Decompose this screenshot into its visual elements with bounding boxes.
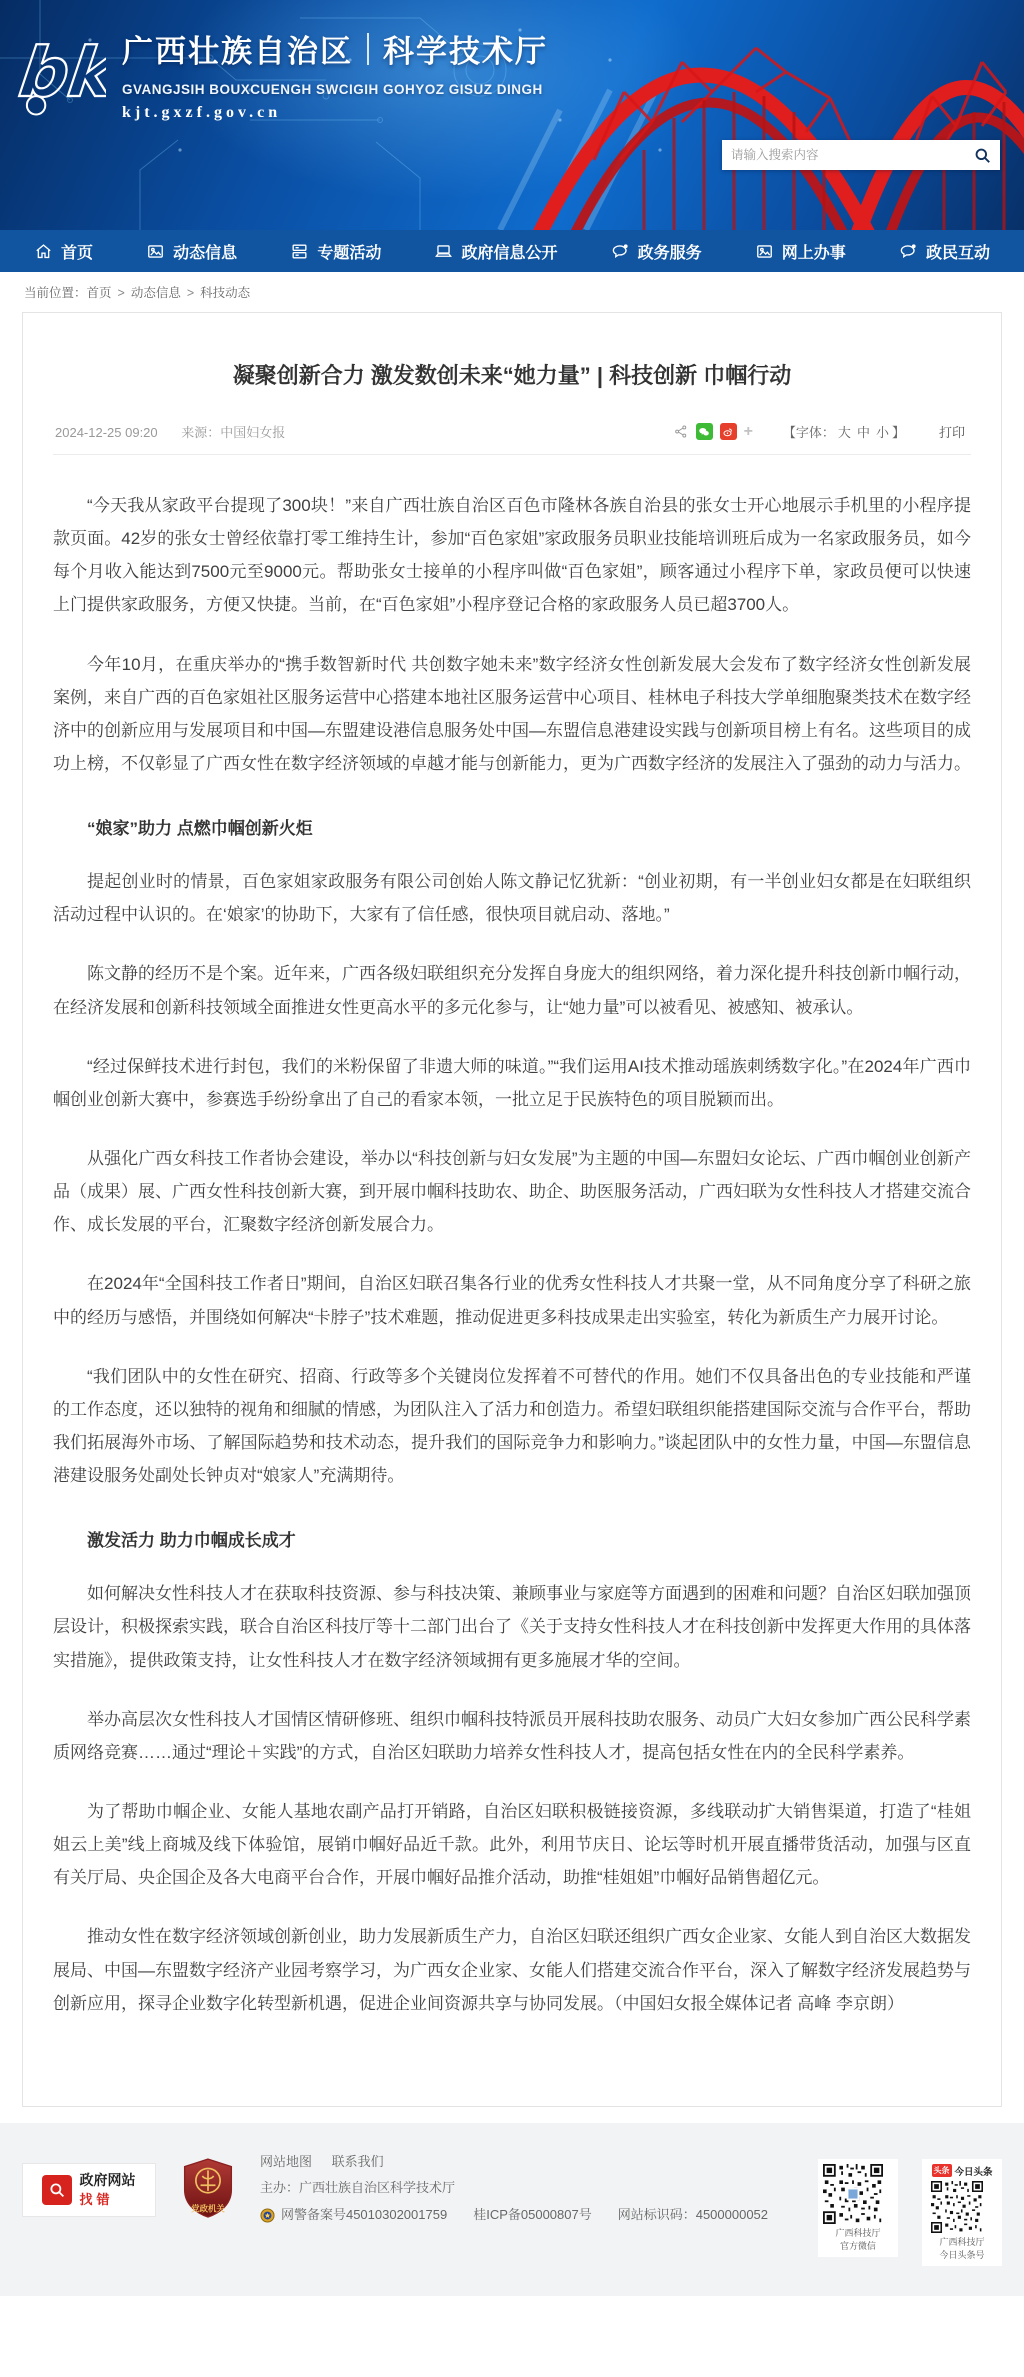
paragraph: “今天我从家政平台提现了300块！”来自广西壮族自治区百色市隆林各族自治县的张女… [53, 489, 971, 622]
breadcrumb-label: 当前位置： [24, 286, 87, 300]
font-size-small[interactable]: 小 [876, 425, 889, 440]
dept-name: 科学技术厅 [383, 26, 548, 71]
police-record[interactable]: 网警备案号45010302001759 [281, 2202, 447, 2229]
host-line: 主办：广西壮族自治区科学技术厅 [260, 2175, 794, 2202]
breadcrumb-separator: > [187, 286, 194, 300]
site-titles: 广西壮族自治区 科学技术厅 GVANGJSIH BOUXCUENGH SWCIG… [122, 26, 548, 122]
contact-link[interactable]: 联系我们 [332, 2154, 384, 2169]
paragraph: “我们团队中的女性在研究、招商、行政等多个关键岗位发挥着不可替代的作用。她们不仅… [53, 1360, 971, 1493]
home-icon [34, 242, 53, 261]
find-error-line2: 找错 [79, 2189, 135, 2208]
nav-item-interaction[interactable]: 政民互动 [899, 240, 990, 263]
sitemap-link[interactable]: 网站地图 [260, 2154, 312, 2169]
nav-item-topics[interactable]: 专题活动 [290, 240, 381, 263]
paragraph: 推动女性在数字经济领域创新创业，助力发展新质生产力，自治区妇联还组织广西女企业家… [53, 1920, 971, 2019]
toutiao-logo: 头条 [932, 2164, 952, 2177]
nav-label: 政民互动 [926, 240, 990, 263]
site-logo-icon: bk [14, 26, 106, 122]
font-size-large[interactable]: 大 [838, 425, 851, 440]
search-input[interactable] [722, 140, 964, 170]
photo-icon [755, 242, 774, 261]
search-button[interactable] [964, 140, 1000, 170]
weibo-share-icon[interactable] [720, 423, 737, 440]
photo-icon [146, 242, 165, 261]
record-line: 网警备案号45010302001759 桂ICP备05000807号 网站标识码… [260, 2202, 794, 2229]
breadcrumb-home[interactable]: 首页 [87, 286, 112, 300]
nav-label: 首页 [61, 240, 93, 263]
org-name: 广西壮族自治区 [122, 26, 353, 71]
search-icon [973, 146, 992, 165]
paragraph: 举办高层次女性科技人才国情区情研修班、组织巾帼科技特派员开展科技助农服务、动员广… [53, 1703, 971, 1769]
icp-record[interactable]: 桂ICP备05000807号 [473, 2202, 592, 2229]
article-meta: 2024-12-25 09:20 来源：中国妇女报 + 【字体：大中小】 打印 [53, 422, 971, 455]
police-badge-icon [260, 2208, 275, 2223]
toutiao-header: 头条 今日头条 [927, 2164, 997, 2178]
print-button[interactable]: 打印 [939, 422, 965, 441]
site-header: bk 广西壮族自治区 科学技术厅 GVANGJSIH BOUXCUENGH SW… [0, 0, 1024, 230]
section-heading: 激发活力 助力巾帼成长成才 [53, 1526, 971, 1551]
font-size-medium[interactable]: 中 [857, 425, 870, 440]
nav-label: 动态信息 [173, 240, 237, 263]
article-tools: + 【字体：大中小】 打印 [674, 422, 969, 441]
chat-bubble-icon [899, 242, 918, 261]
breadcrumb-separator: > [118, 286, 125, 300]
nav-label: 政务服务 [638, 240, 702, 263]
breadcrumb: 当前位置：首页>动态信息>科技动态 [0, 272, 1024, 309]
site-brand: bk 广西壮族自治区 科学技术厅 GVANGJSIH BOUXCUENGH SW… [14, 26, 548, 122]
footer-text-block: 网站地图 联系我们 主办：广西壮族自治区科学技术厅 网警备案号450103020… [260, 2149, 794, 2229]
article-source: 来源：中国妇女报 [181, 425, 285, 440]
paragraph: 提起创业时的情景，百色家姐家政服务有限公司创始人陈文静记忆犹新：“创业初期，有一… [53, 865, 971, 931]
main-navbar: 首页 动态信息 专题活动 政府信息公开 政务服务 网上办事 政民互动 [0, 230, 1024, 272]
paragraph: “经过保鲜技术进行封包，我们的米粉保留了非遗大师的味道。”“我们运用AI技术推动… [53, 1050, 971, 1116]
toutiao-qr-caption: 广西科技厅 今日头条号 [927, 2236, 997, 2262]
publish-date: 2024-12-25 09:20 [55, 425, 158, 440]
gov-site-find-error-badge[interactable]: 政府网站 找错 [22, 2163, 156, 2217]
share-icon[interactable] [674, 424, 689, 439]
find-error-line1: 政府网站 [79, 2171, 135, 2189]
nav-item-services[interactable]: 政务服务 [611, 240, 702, 263]
org-name-zhuang: GVANGJSIH BOUXCUENGH SWCIGIH GOHYOZ GISU… [122, 82, 548, 97]
toutiao-name: 今日头条 [955, 2164, 993, 2178]
footer-links: 网站地图 联系我们 [260, 2149, 794, 2176]
paragraph: 为了帮助巾帼企业、女能人基地农副产品打开销路，自治区妇联积极链接资源，多线联动扩… [53, 1795, 971, 1894]
breadcrumb-news[interactable]: 动态信息 [131, 286, 181, 300]
site-identifier-code: 网站标识码：4500000052 [618, 2202, 768, 2229]
paragraph: 在2024年“全国科技工作者日”期间，自治区妇联召集各行业的优秀女性科技人才共聚… [53, 1267, 971, 1333]
title-divider [367, 33, 369, 65]
paragraph: 如何解决女性科技人才在获取科技资源、参与科技决策、兼顾事业与家庭等方面遇到的困难… [53, 1577, 971, 1676]
font-label-open: 【字体： [783, 425, 835, 440]
chat-bubble-icon [611, 242, 630, 261]
wechat-share-icon[interactable] [696, 423, 713, 440]
nav-label: 专题活动 [317, 240, 381, 263]
search-box [722, 140, 1000, 170]
article-title: 凝聚创新合力 激发数创未来“她力量” | 科技创新 巾帼行动 [93, 359, 931, 392]
nav-item-gov-info[interactable]: 政府信息公开 [434, 240, 557, 263]
toutiao-qr-card: 头条 今日头条 广西科技厅 今日头条号 [922, 2159, 1002, 2266]
more-share-icon[interactable]: + [744, 424, 753, 440]
toutiao-qr-code [927, 2181, 987, 2233]
paragraph: 今年10月，在重庆举办的“携手数智新时代 共创数字她未来”数字经济女性创新发展大… [53, 648, 971, 781]
font-size-control: 【字体：大中小】 [783, 422, 905, 441]
find-error-magnifier-icon [42, 2175, 72, 2205]
nav-label: 政府信息公开 [461, 240, 557, 263]
paragraph: 从强化广西女科技工作者协会建设，举办以“科技创新与妇女发展”为主题的中国—东盟妇… [53, 1142, 971, 1241]
section-heading: “娘家”助力 点燃巾帼创新火炬 [53, 814, 971, 839]
nav-item-online-affairs[interactable]: 网上办事 [755, 240, 846, 263]
wechat-qr-code [823, 2164, 883, 2224]
nav-item-home[interactable]: 首页 [34, 240, 93, 263]
article-body: “今天我从家政平台提现了300块！”来自广西壮族自治区百色市隆林各族自治县的张女… [53, 455, 971, 2020]
article-meta-left: 2024-12-25 09:20 来源：中国妇女报 [55, 422, 285, 441]
paragraph: 陈文静的经历不是个案。近年来，广西各级妇联组织充分发挥自身庞大的组织网络，着力深… [53, 957, 971, 1023]
wechat-qr-caption: 广西科技厅 官方微信 [823, 2227, 893, 2253]
nav-item-news[interactable]: 动态信息 [146, 240, 237, 263]
stack-icon [290, 242, 309, 261]
party-gov-shield-badge[interactable]: 党政机关 [180, 2157, 236, 2221]
breadcrumb-tech-news[interactable]: 科技动态 [200, 286, 250, 300]
wechat-qr-card: 广西科技厅 官方微信 [818, 2159, 898, 2257]
site-url: kjt.gxzf.gov.cn [122, 104, 548, 122]
laptop-icon [434, 242, 453, 261]
page: bk 广西壮族自治区 科学技术厅 GVANGJSIH BOUXCUENGH SW… [0, 0, 1024, 2296]
nav-label: 网上办事 [782, 240, 846, 263]
article-card: 凝聚创新合力 激发数创未来“她力量” | 科技创新 巾帼行动 2024-12-2… [22, 312, 1002, 2107]
site-footer: 政府网站 找错 党政机关 网站地图 联系我们 [0, 2123, 1024, 2296]
party-badge-label: 党政机关 [191, 2203, 225, 2213]
font-label-close: 】 [892, 425, 905, 440]
